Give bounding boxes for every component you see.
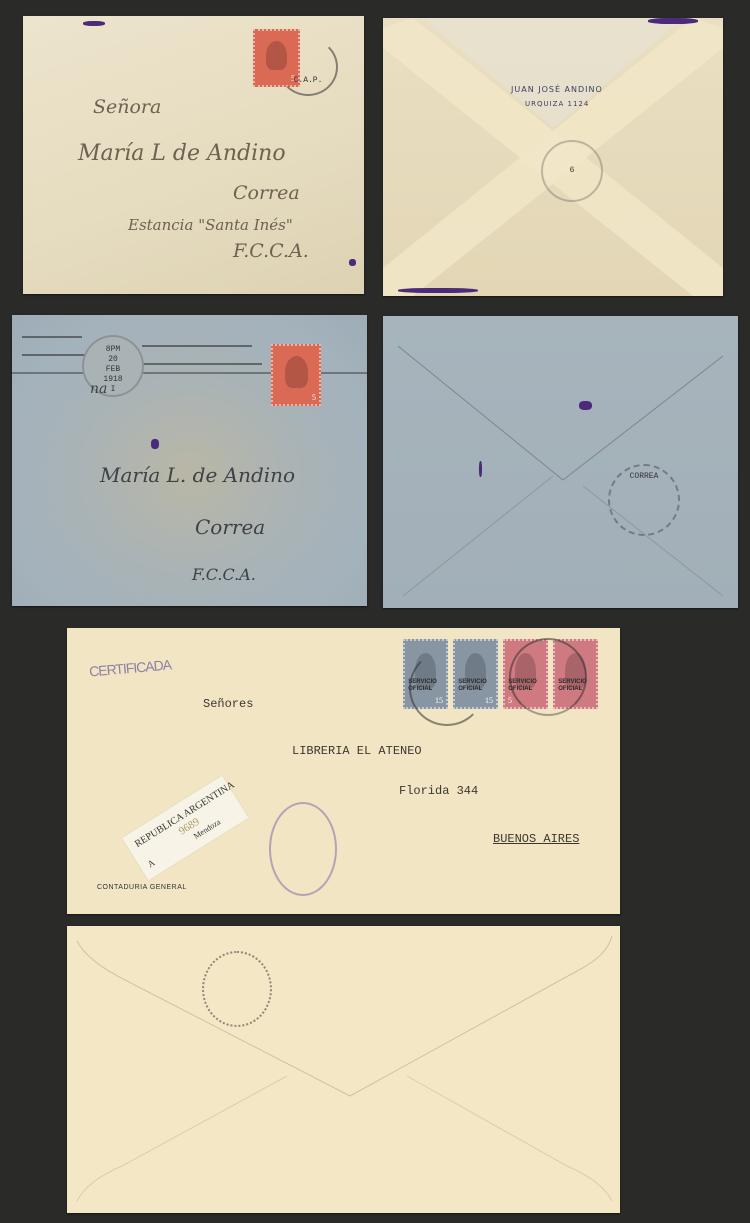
postmark-argentina xyxy=(409,650,485,726)
violet-ink-spot xyxy=(648,18,698,24)
cancel-time: 8PM xyxy=(84,345,142,354)
address-line-4: F.C.C.A. xyxy=(192,565,256,584)
stamp-value: 5 xyxy=(508,696,512,705)
address-line-4: Estancia "Santa Inés" xyxy=(128,216,293,234)
envelope-1-front: 5 C.A.P. Señora María L de Andino Correa… xyxy=(23,16,364,294)
stamp-portrait xyxy=(285,356,308,388)
envelope-flap-lines xyxy=(67,926,620,1213)
address-line-3: Correa xyxy=(195,515,265,539)
address-line-1: na xyxy=(90,381,107,397)
stamp-san-martin-5c: 5 xyxy=(271,344,321,406)
address-line-1: Señora xyxy=(93,96,161,118)
addressee-name: LIBRERIA EL ATENEO xyxy=(292,744,422,758)
violet-ink-spot xyxy=(349,259,356,266)
violet-ink-mark xyxy=(479,461,482,477)
violet-ink-spot xyxy=(151,439,159,449)
backstamp-text: 6 xyxy=(543,166,601,175)
backstamp: 6 xyxy=(541,140,603,202)
cancel-day: 20 xyxy=(84,355,142,364)
violet-ink-spot xyxy=(398,288,478,293)
envelope-flap-lines xyxy=(383,316,738,608)
envelope-3-front: CERTIFICADA SERVICIO OFICIAL 15 SERVICIO… xyxy=(67,628,620,914)
sender-address: URQUIZA 1124 xyxy=(525,100,589,108)
addressee-city: BUENOS AIRES xyxy=(493,832,579,846)
address-line-2: María L. de Andino xyxy=(100,463,295,487)
stamp-value: 15 xyxy=(485,696,493,705)
registration-label: REPUBLICA ARGENTINA 9689 A Mendoza xyxy=(122,775,249,880)
backstamp-text: CORREA xyxy=(610,472,678,481)
postmark: C.A.P. xyxy=(278,38,338,96)
sender-name: JUAN JOSÉ ANDINO xyxy=(511,85,603,94)
postmark-mendoza xyxy=(509,638,587,716)
certificada-handstamp: CERTIFICADA xyxy=(88,656,171,679)
sender-department: CONTADURIA GENERAL xyxy=(97,884,187,891)
postmark-text: C.A.P. xyxy=(280,76,336,85)
registration-label-country: REPUBLICA ARGENTINA xyxy=(133,779,237,849)
registration-label-letter: A xyxy=(146,857,157,869)
address-line-2: María L de Andino xyxy=(78,141,286,166)
stamp-value: 5 xyxy=(312,393,316,402)
address-line-5: F.C.C.A. xyxy=(233,240,309,262)
backstamp xyxy=(202,951,272,1027)
addressee-street: Florida 344 xyxy=(399,784,478,798)
backstamp-correa: CORREA xyxy=(608,464,680,536)
envelope-2-back: CORREA xyxy=(383,316,738,608)
envelope-3-back xyxy=(67,926,620,1213)
addressee-salutation: Señores xyxy=(203,697,253,711)
violet-ink-spot xyxy=(83,21,105,26)
cancel-month: FEB xyxy=(84,365,142,374)
violet-ink-spot xyxy=(579,401,592,410)
envelope-1-back: JUAN JOSÉ ANDINO URQUIZA 1124 6 xyxy=(383,18,723,296)
official-violet-seal xyxy=(269,802,337,896)
envelope-2-front: 8PM 20 FEB 1918 I 5 na María L. de Andin… xyxy=(12,315,367,606)
address-line-3: Correa xyxy=(233,182,300,204)
